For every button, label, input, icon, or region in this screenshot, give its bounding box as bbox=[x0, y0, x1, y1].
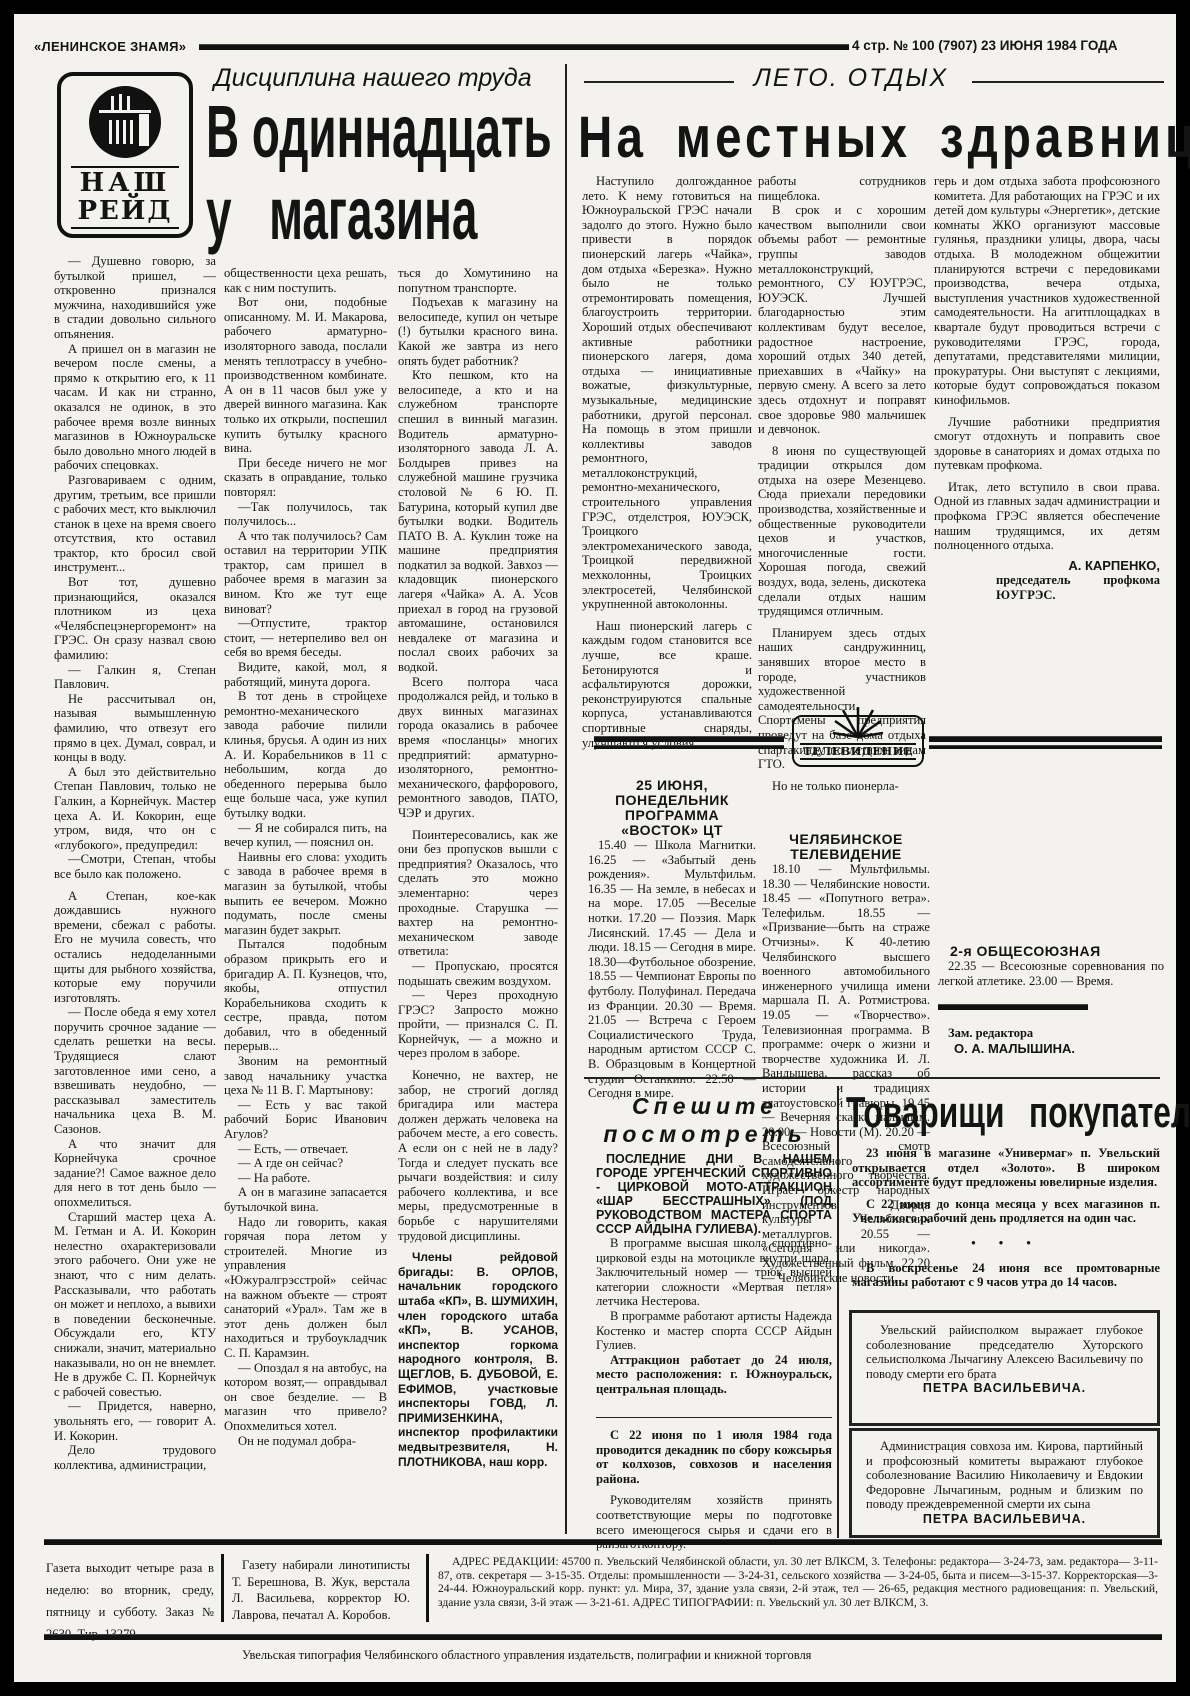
summer-column-3: герь и дом отдыха забота профсоюзного ко… bbox=[934, 174, 1160, 603]
tv-program1-heading: ПРОГРАММА «ВОСТОК» ЦТ bbox=[588, 808, 756, 838]
shoppers-ad: 23 июня в магазине «Универмаг» п. Увельс… bbox=[852, 1146, 1160, 1290]
raid-badge-line1: НАШ bbox=[61, 169, 189, 197]
raid-badge: НАШ РЕЙД bbox=[57, 72, 193, 238]
hides-notice: С 22 июня по 1 июля 1984 года проводится… bbox=[596, 1428, 832, 1552]
raid-column-3: ться до Хомутинино на попутном транспорт… bbox=[398, 266, 558, 1469]
masthead-rule bbox=[199, 44, 849, 50]
raid-title-line1: В одиннадцать bbox=[206, 92, 552, 172]
footer-rule bbox=[44, 1539, 1162, 1545]
raid-badge-line2: РЕЙД bbox=[61, 197, 189, 225]
newspaper-page: «ЛЕНИНСКОЕ ЗНАМЯ» 4 стр. № 100 (7907) 23… bbox=[14, 14, 1176, 1682]
summer-rubric: ЛЕТО. ОТДЫХ bbox=[736, 64, 966, 93]
circus-title: Спешите посмотреть bbox=[586, 1092, 824, 1148]
printer-line: Увельская типография Челябинского област… bbox=[242, 1648, 811, 1663]
raid-column-2: общественности цеха решать, как с ним по… bbox=[224, 266, 387, 1448]
footer-address: АДРЕС РЕДАКЦИИ: 45700 п. Увельский Челяб… bbox=[438, 1555, 1158, 1609]
tv-column-1: 25 ИЮНЯ, ПОНЕДЕЛЬНИК ПРОГРАММА «ВОСТОК» … bbox=[588, 778, 756, 1101]
tv-program3-schedule: 22.35 — Всесоюзные соревнования по легко… bbox=[938, 959, 1164, 988]
tv-column-3: 2-я ОБЩЕСОЮЗНАЯ 22.35 — Всесоюзные сорев… bbox=[938, 944, 1164, 1056]
footer-credits: Газету набирали линотиписты Т. Берешнова… bbox=[232, 1557, 410, 1623]
summer-signature-name: А. КАРПЕНКО, bbox=[934, 559, 1160, 574]
tv-logo: ТЕЛЕВИДЕНИЕ bbox=[792, 715, 924, 767]
raid-brigade-members: Члены рейдовой бригады: В. ОРЛОВ, началь… bbox=[398, 1250, 558, 1469]
circus-ad: ПОСЛЕДНИЕ ДНИ В НАШЕМ ГОРОДЕ УРГЕНЧЕСКИЙ… bbox=[596, 1152, 832, 1397]
raid-column-1: — Душевно говорю, за бутылкой пришел, — … bbox=[54, 254, 216, 1472]
section-divider bbox=[565, 64, 567, 1534]
tv-day-heading: 25 ИЮНЯ, ПОНЕДЕЛЬНИК bbox=[588, 778, 756, 808]
condolence-box-1: Увельский райисполком выражает глубокое … bbox=[849, 1310, 1160, 1426]
shoppers-title: Товарищи покупатели! bbox=[846, 1088, 1190, 1138]
summer-column-2: работы сотрудников пищеблока. В срок и с… bbox=[758, 174, 926, 793]
deputy-editor-label: Зам. редактора bbox=[938, 1026, 1164, 1041]
summer-signature-role: председатель профкома ЮУГРЭС. bbox=[934, 573, 1160, 603]
circus-lead: ПОСЛЕДНИЕ ДНИ В НАШЕМ ГОРОДЕ УРГЕНЧЕСКИЙ… bbox=[596, 1152, 832, 1236]
summer-title: На местных здравницах bbox=[578, 106, 1190, 170]
raid-title-line2: у магазина bbox=[206, 174, 477, 254]
condolence-box-2: Администрация совхоза им. Кирова, партий… bbox=[849, 1428, 1160, 1538]
tv-logo-label: ТЕЛЕВИДЕНИЕ bbox=[800, 743, 916, 760]
paper-name: «ЛЕНИНСКОЕ ЗНАМЯ» bbox=[34, 39, 186, 54]
factory-icon bbox=[87, 84, 163, 160]
issue-line: 4 стр. № 100 (7907) 23 ИЮНЯ 1984 ГОДА bbox=[852, 38, 1118, 53]
separator-dots: • • • bbox=[852, 1236, 1160, 1251]
raid-rubric: Дисциплина нашего труда bbox=[214, 64, 532, 93]
tv-program1-schedule: 15.40 — Школа Магнитки. 16.25 — «Забытый… bbox=[588, 838, 756, 1101]
footer-schedule: Газета выходит четыре раза в неделю: во … bbox=[46, 1557, 214, 1645]
tv-sunburst-icon bbox=[833, 707, 883, 741]
tv-program2-heading: ЧЕЛЯБИНСКОЕ ТЕЛЕВИДЕНИЕ bbox=[762, 832, 930, 862]
tv-program3-heading: 2-я ОБЩЕСОЮЗНАЯ bbox=[938, 944, 1164, 959]
summer-column-1: Наступило долгожданное лето. К нему гото… bbox=[582, 174, 752, 750]
deputy-editor-name: О. А. МАЛЫШИНА. bbox=[938, 1041, 1164, 1056]
